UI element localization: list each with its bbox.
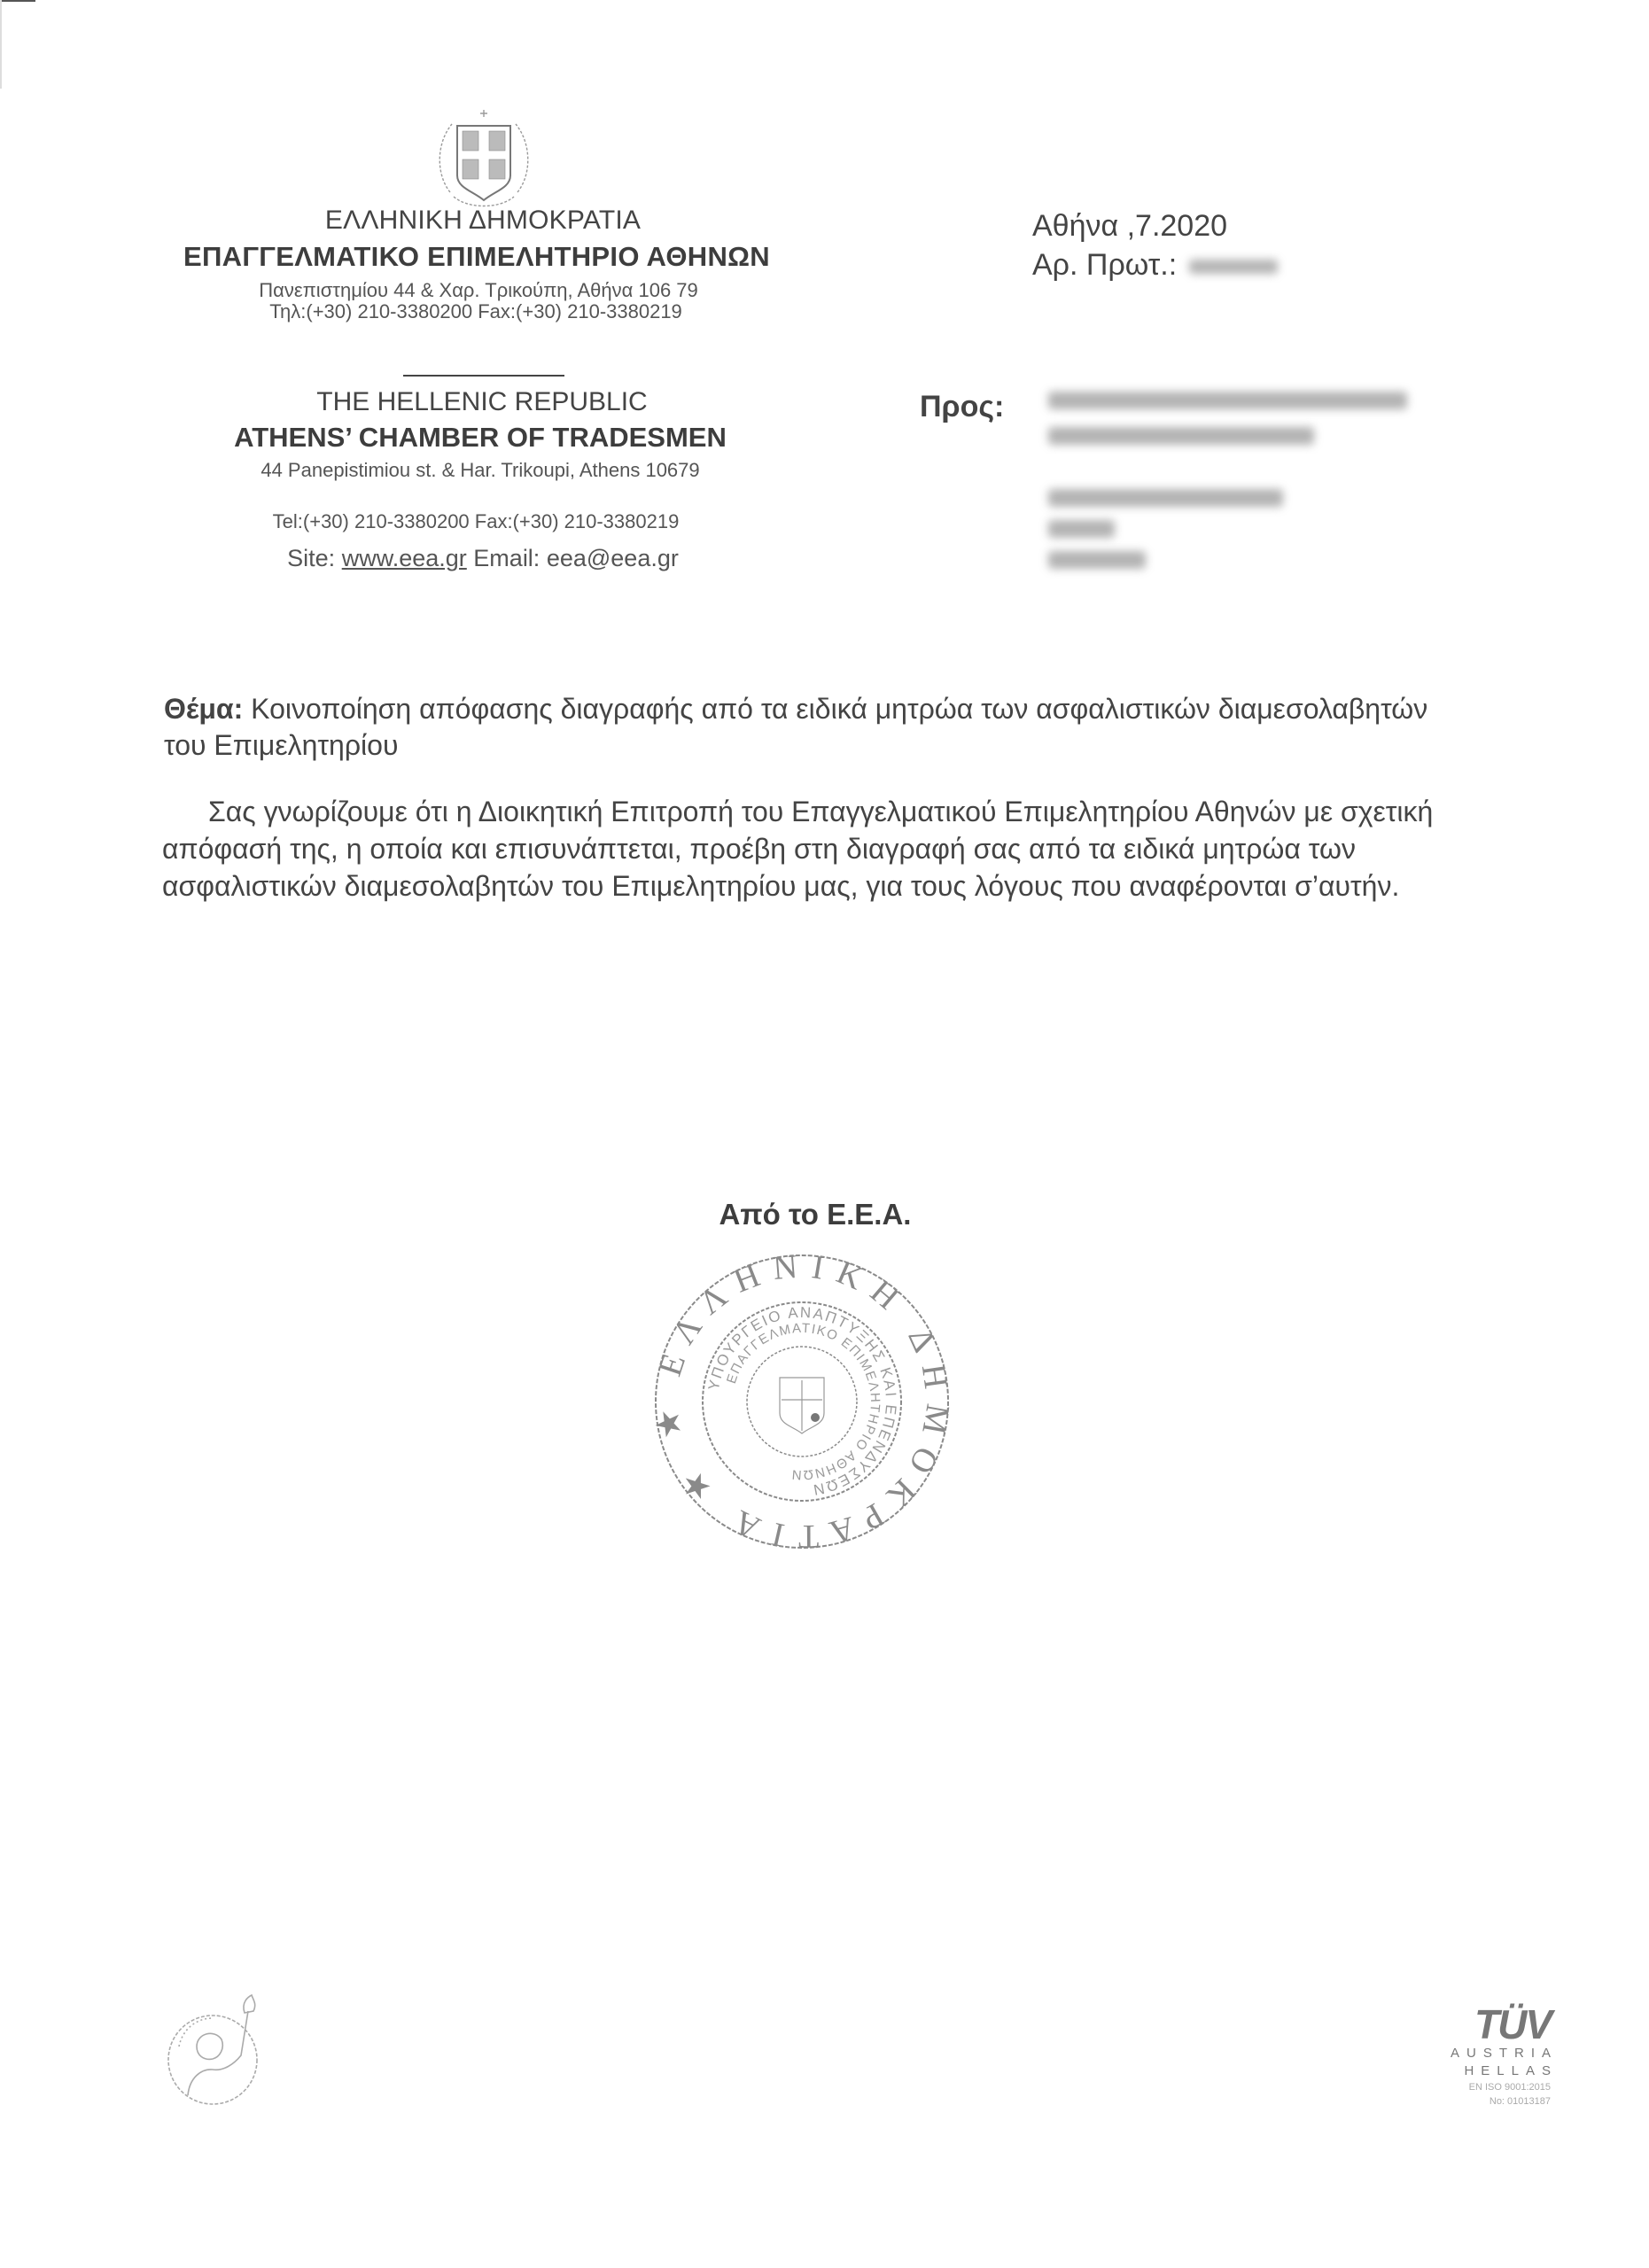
letterhead-greek-state: ΕΛΛΗΝΙΚΗ ΔΗΜΟΚΡΑΤΙΑ <box>325 206 641 236</box>
subject-text: Κοινοποίηση απόφασης διαγραφής από τα ει… <box>164 693 1427 761</box>
letterhead-greek-address: Πανεπιστημίου 44 & Χαρ. Τρικούπη, Αθήνα … <box>259 279 698 302</box>
redacted-recipient-line <box>1048 489 1283 507</box>
document-date: Αθήνα ,7.2020 <box>1032 209 1227 244</box>
letterhead-english-address: 44 Panepistimiou st. & Har. Trikoupi, At… <box>261 459 699 482</box>
site-label: Site: <box>287 545 335 571</box>
tuv-mark: TÜV <box>1427 2004 1551 2045</box>
official-stamp-icon: ΕΛΛΗΝΙΚΗ ΔΗΜΟΚΡΑΤΙΑ ★ ★ ΥΠΟΥΡΓΕΙΟ ΑΝΑΠΤΥ… <box>647 1249 957 1555</box>
redacted-protocol-value <box>1189 260 1278 274</box>
redacted-recipient-line <box>1048 427 1314 445</box>
letterhead-contact-line: Site: www.eea.gr Email: eea@eea.gr <box>287 545 679 572</box>
svg-text:ΕΠΑΓΓΕΛΜΑΤΙΚΟ ΕΠΙΜΕΛΗΤΗΡΙΟ ΑΘΗ: ΕΠΑΓΓΕΛΜΑΤΙΚΟ ΕΠΙΜΕΛΗΤΗΡΙΟ ΑΘΗΝΩΝ <box>724 1321 883 1482</box>
subject-line: Θέμα: Κοινοποίηση απόφασης διαγραφής από… <box>164 691 1458 764</box>
torch-bearer-medallion-icon <box>161 1993 276 2109</box>
certification-logo: TÜV AUSTRIA HELLAS EN ISO 9001:2015 No: … <box>1427 2004 1551 2109</box>
body-paragraph: Σας γνωρίζουμε ότι η Διοικητική Επιτροπή… <box>162 793 1465 905</box>
greek-coat-of-arms-icon <box>432 108 535 213</box>
tuv-certificate-number: No: 01013187 <box>1427 2094 1551 2109</box>
subject-label: Θέμα: <box>164 693 243 725</box>
redacted-recipient-line <box>1048 551 1146 569</box>
tuv-line-1: AUSTRIA <box>1427 2045 1558 2062</box>
recipient-label: Προς: <box>920 390 1004 424</box>
tuv-line-2: HELLAS <box>1427 2062 1558 2080</box>
letterhead-english-state: THE HELLENIC REPUBLIC <box>316 387 647 417</box>
protocol-number: Αρ. Πρωτ.: <box>1032 248 1278 283</box>
tuv-standard: EN ISO 9001:2015 <box>1427 2080 1551 2094</box>
email-address[interactable]: eea@eea.gr <box>547 545 679 571</box>
letterhead-divider <box>403 375 564 377</box>
letterhead-greek-organization: ΕΠΑΓΓΕΛΜΑΤΙΚΟ ΕΠΙΜΕΛΗΤΗΡΙΟ ΑΘΗΝΩΝ <box>183 241 770 273</box>
redacted-recipient-line <box>1048 392 1407 409</box>
scan-edge-shadow <box>0 0 2 89</box>
scan-edge-mark <box>0 0 35 2</box>
letterhead-english-organization: ATHENS’ CHAMBER OF TRADESMEN <box>234 422 727 454</box>
email-label: Email: <box>473 545 540 571</box>
website-link[interactable]: www.eea.gr <box>342 545 467 571</box>
signoff: Από το Ε.Ε.Α. <box>719 1198 912 1231</box>
redacted-recipient-line <box>1048 520 1115 538</box>
letterhead-english-phone: Tel:(+30) 210-3380200 Fax:(+30) 210-3380… <box>273 510 680 533</box>
protocol-label: Αρ. Πρωτ.: <box>1032 248 1177 282</box>
letterhead-greek-phone: Τηλ:(+30) 210-3380200 Fax:(+30) 210-3380… <box>269 300 682 323</box>
